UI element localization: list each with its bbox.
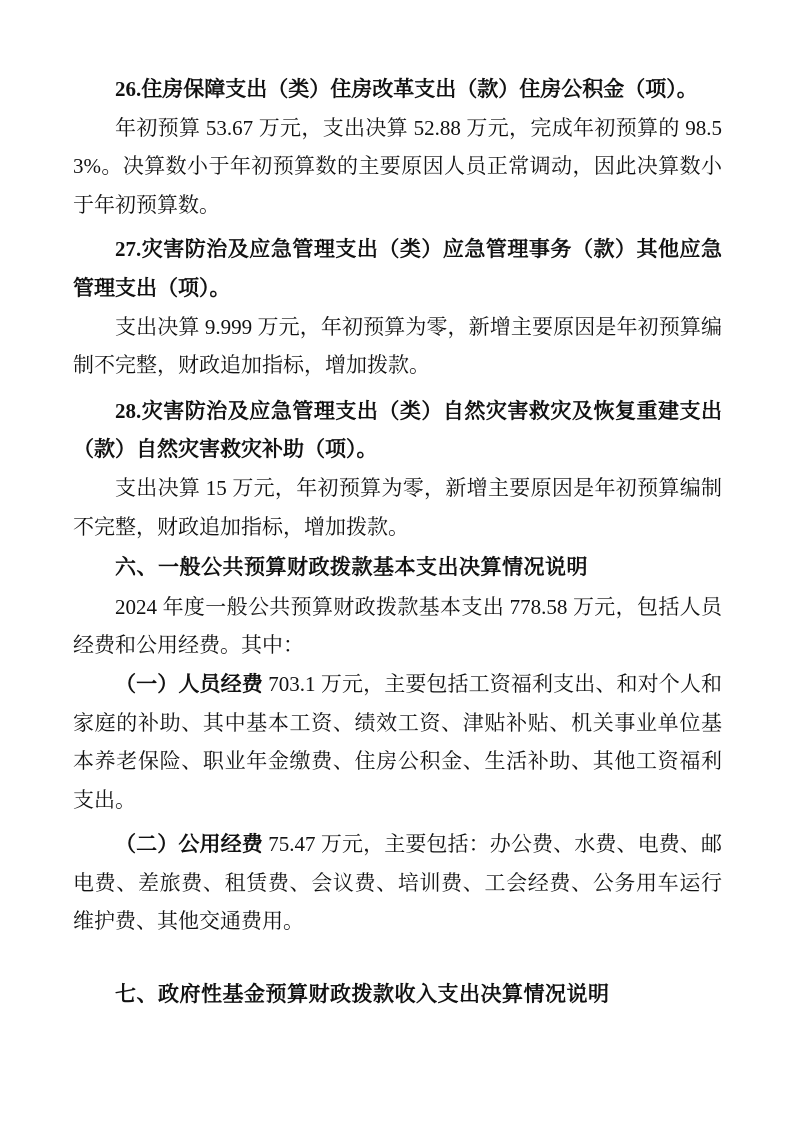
para-27-body: 支出决算 9.999 万元，年初预算为零，新增主要原因是年初预算编制不完整，财政…	[73, 308, 722, 385]
section-6-intro: 2024 年度一般公共预算财政拨款基本支出 778.58 万元，包括人员经费和公…	[73, 588, 722, 665]
para-27-heading: 27.灾害防治及应急管理支出（类）应急管理事务（款）其他应急管理支出（项）。	[73, 230, 722, 307]
section-7-heading: 七、政府性基金预算财政拨款收入支出决算情况说明	[73, 976, 722, 1015]
personnel-expense-lead: （一）人员经费	[115, 672, 263, 696]
public-expense-lead: （二）公用经费	[115, 832, 263, 856]
para-28-body: 支出决算 15 万元，年初预算为零，新增主要原因是年初预算编制不完整，财政追加指…	[73, 469, 722, 546]
para-public-expense: （二）公用经费 75.47 万元，主要包括：办公费、水费、电费、邮电费、差旅费、…	[73, 825, 722, 941]
para-28-heading: 28.灾害防治及应急管理支出（类）自然灾害救灾及恢复重建支出（款）自然灾害救灾补…	[73, 392, 722, 469]
para-26-heading: 26.住房保障支出（类）住房改革支出（款）住房公积金（项）。	[73, 70, 722, 109]
para-personnel-expense: （一）人员经费 703.1 万元，主要包括工资福利支出、和对个人和家庭的补助、其…	[73, 665, 722, 819]
para-26-body: 年初预算 53.67 万元，支出决算 52.88 万元，完成年初预算的 98.5…	[73, 109, 722, 225]
document-page: 26.住房保障支出（类）住房改革支出（款）住房公积金（项）。 年初预算 53.6…	[0, 0, 793, 1122]
section-6-heading: 六、一般公共预算财政拨款基本支出决算情况说明	[73, 549, 722, 588]
